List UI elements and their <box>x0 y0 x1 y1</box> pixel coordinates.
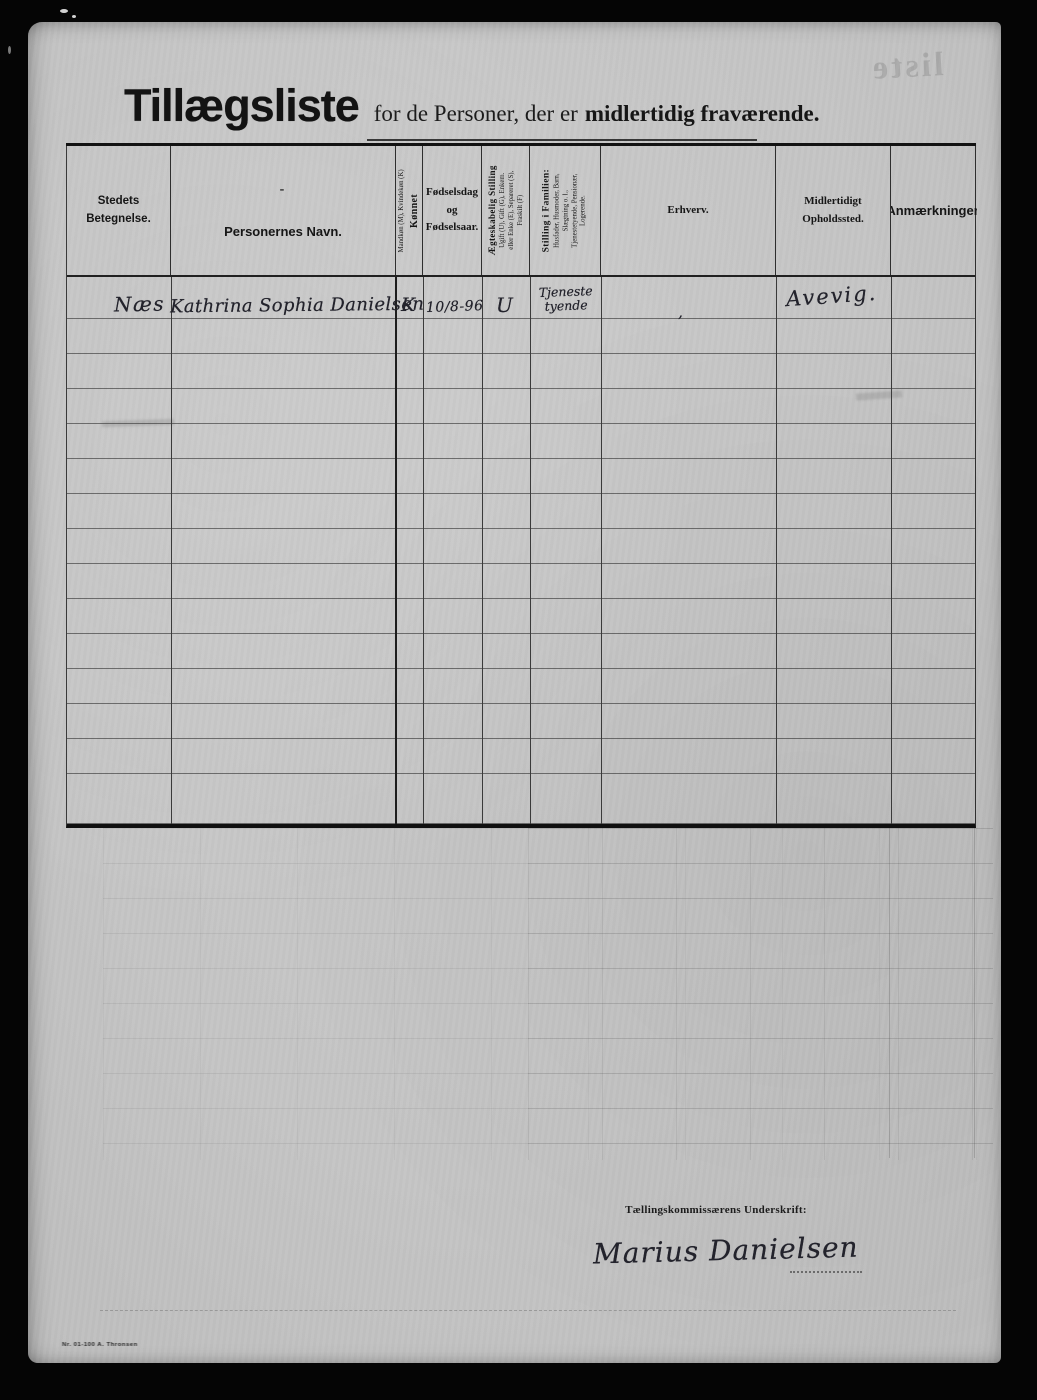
column-header-sex-codes: Mandkøn (M), Kvindekøn (K) <box>398 169 407 252</box>
column-divider <box>423 277 424 824</box>
table-row-empty <box>67 529 975 564</box>
column-header-family-label: Stilling i Familien: <box>541 169 551 252</box>
column-header-marital: Ægteskabelig Stilling Ugift (U), Gift (G… <box>482 146 530 275</box>
page-subtitle: for de Personer, der ermidlertidig fravæ… <box>374 101 820 127</box>
table-row-empty <box>67 354 975 389</box>
column-header-remarks: Anmærkninger. <box>891 146 977 275</box>
column-header-sex-label: Kønnet <box>409 193 420 227</box>
column-header-place: Stedets Betegnelse. <box>67 146 171 275</box>
bleedthrough-line <box>889 828 890 1158</box>
table-top-rule-double <box>367 139 757 141</box>
bleedthrough-line <box>974 828 975 1158</box>
column-divider <box>776 277 777 824</box>
printer-imprint: Nr. 01-100 A. Thronsen <box>62 1342 138 1348</box>
census-table: Stedets Betegnelse. - Personernes Navn. … <box>66 146 976 828</box>
table-row-empty <box>67 704 975 739</box>
page-title: Tillægsliste <box>124 80 359 132</box>
column-header-name-label: Personernes Navn. <box>224 224 342 239</box>
scanned-census-page: liste Tillægsliste for de Personer, der … <box>28 22 1001 1363</box>
column-divider <box>395 277 397 824</box>
table-row-empty <box>67 739 975 774</box>
scan-background: { "page": { "title": "Tillægsliste", "su… <box>0 0 1037 1400</box>
table-header-row: Stedets Betegnelse. - Personernes Navn. … <box>67 146 975 277</box>
entry-family-position: Tjeneste tyende <box>531 284 602 315</box>
signature-dotted-line <box>790 1271 862 1273</box>
scan-speck <box>8 46 11 54</box>
entry-occupation-mark: ‚ <box>678 303 683 321</box>
column-header-family: Stilling i Familien: Husfader, Husmoder,… <box>530 146 601 275</box>
faint-bottom-rule <box>100 1310 956 1311</box>
table-row-empty <box>67 774 975 824</box>
rotated-header-sex: Mandkøn (M), Kvindekøn (K) Kønnet <box>398 148 420 272</box>
rotated-header-marital: Ægteskabelig Stilling Ugift (U), Gift (G… <box>486 148 524 272</box>
page-subtitle-regular: for de Personer, der er <box>374 101 578 126</box>
table-row-empty <box>67 459 975 494</box>
table-row-empty <box>67 389 975 424</box>
document-header: Tillægsliste for de Personer, der ermidl… <box>124 80 820 132</box>
column-header-marital-codes: Ugift (U), Gift (G), Enkem. eller Enke (… <box>498 171 524 250</box>
table-row-empty <box>67 564 975 599</box>
scan-speck <box>60 9 68 13</box>
entry-name: Kathrina Sophia Danielsen <box>170 294 425 318</box>
table-body <box>67 277 975 824</box>
column-divider <box>530 277 531 824</box>
scan-speck <box>72 15 76 18</box>
rotated-header-family: Stilling i Familien: Husfader, Husmoder,… <box>541 149 588 273</box>
column-header-name: - Personernes Navn. <box>171 146 396 275</box>
table-row-empty <box>67 424 975 459</box>
name-dash-mark: - <box>280 182 287 198</box>
column-header-sex: Mandkøn (M), Kvindekøn (K) Kønnet <box>396 146 423 275</box>
column-divider <box>891 277 892 824</box>
bleedthrough-grid-right <box>528 828 993 1160</box>
table-row-empty <box>67 599 975 634</box>
bleedthrough-text: liste <box>869 46 944 88</box>
column-header-residence: Midlertidigt Opholdssted. <box>776 146 891 275</box>
page-subtitle-bold: midlertidig fraværende. <box>585 101 820 126</box>
signature-label: Tællingskommissærens Underskrift: <box>585 1204 847 1216</box>
table-row-empty <box>67 319 975 354</box>
column-divider <box>601 277 602 824</box>
commissioner-signature: Marius Danielsen <box>593 1231 859 1271</box>
entry-place: Næs <box>114 292 165 317</box>
table-row-empty <box>67 669 975 704</box>
entry-birthdate: 10/8-96 <box>426 298 484 316</box>
column-header-occupation: Erhverv. <box>601 146 776 275</box>
column-divider <box>482 277 483 824</box>
column-divider <box>171 277 172 824</box>
table-row-empty <box>67 494 975 529</box>
entry-marital-status: U <box>496 293 513 317</box>
column-header-birth: Fødselsdag og Fødselsaar. <box>423 146 482 275</box>
column-header-family-codes: Husfader, Husmoder, Barn, Slægtning o. l… <box>553 173 588 247</box>
bleedthrough-grid <box>103 828 993 1160</box>
entry-sex: K <box>401 294 415 316</box>
table-row-empty <box>67 634 975 669</box>
column-header-marital-label: Ægteskabelig Stilling <box>486 165 496 255</box>
